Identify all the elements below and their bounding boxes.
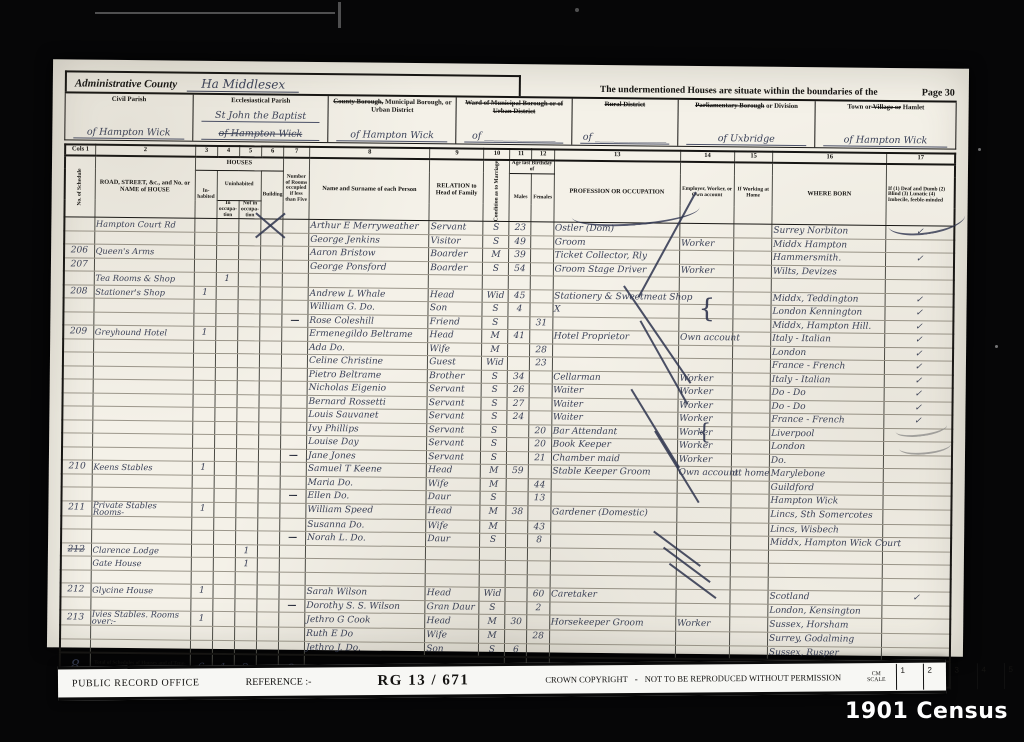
cell-bldg [260, 314, 282, 328]
cell-road [92, 434, 192, 449]
cell-bldg [259, 408, 281, 422]
cell-age_m [507, 451, 529, 465]
cell-emp [678, 345, 732, 359]
cell-rel: Wife [425, 629, 479, 643]
cell-home [731, 494, 769, 508]
cell-occ: Waiter [551, 398, 677, 413]
cell-road [91, 530, 191, 545]
cell-occ: Horsekeeper Groom [549, 615, 675, 631]
cell-u_occ [212, 640, 234, 654]
cell-u_not [235, 599, 257, 613]
separator: - [635, 674, 638, 684]
cell-occ [551, 479, 677, 494]
cell-inhab [192, 448, 214, 462]
cell-home [732, 359, 770, 373]
cell-inhab [193, 354, 215, 368]
cell-inhab [191, 517, 213, 531]
cell-bldg [258, 462, 280, 476]
cell-cond: S [482, 370, 508, 384]
cell-road: Stationer's Shop [94, 285, 194, 300]
cell-bldg [257, 572, 279, 586]
cell-age_m: 38 [506, 505, 528, 520]
cell-emp [677, 480, 731, 494]
cell-born: Scotland [768, 591, 882, 606]
cell-age_f [529, 411, 551, 425]
cell-occ: Waiter [552, 384, 678, 399]
ruler-cell: 5 [1003, 663, 1024, 689]
district-value: of Hampton Wick [73, 127, 184, 139]
cell-infirm: ✓ [885, 293, 953, 307]
cell-inhab [190, 627, 212, 641]
cell-u_occ [216, 313, 238, 327]
cell-road [92, 407, 192, 422]
cell-u_not [238, 246, 260, 260]
cell-rooms [281, 436, 307, 450]
cell-sched: 210 [62, 460, 92, 474]
cell-sched [63, 366, 93, 380]
cell-bldg [257, 585, 279, 599]
cell-bldg [259, 381, 281, 395]
cell-sched [62, 433, 92, 447]
cell-rel [426, 547, 480, 561]
cell-u_not [237, 422, 259, 436]
district-label: Civil Parish [68, 95, 191, 104]
cell-rel: Son [428, 302, 482, 316]
crown-copyright: CROWN COPYRIGHT [545, 674, 627, 685]
scan-noise [338, 2, 341, 28]
cell-inhab: 1 [191, 585, 213, 599]
cell-name: Ivy Phillips [307, 422, 427, 437]
cell-rel: Head [425, 614, 479, 630]
cell-rooms [283, 220, 309, 234]
cell-u_not [239, 233, 261, 247]
cell-rooms [282, 301, 308, 315]
cell-road [92, 420, 192, 435]
cell-rel: Gran Daur [425, 601, 479, 615]
cell-age_f [528, 548, 550, 562]
cell-u_occ [214, 448, 236, 462]
cell-inhab [191, 531, 213, 545]
cell-cond [483, 276, 509, 290]
cell-rooms [281, 382, 307, 396]
district-cell: Rural Districtof _______________ [572, 99, 678, 146]
cell-born: Middx, Teddington [771, 292, 885, 307]
col-head-infirmity: If (1) Deaf and Dumb (2) Blind (3) Lunat… [886, 164, 955, 227]
cell-rel [426, 560, 480, 574]
cell-age_m: 59 [507, 465, 529, 479]
cell-bldg [260, 327, 282, 341]
cell-occ [552, 357, 678, 372]
cell-rooms [282, 247, 308, 261]
cell-age_f [528, 561, 550, 575]
cell-emp [677, 494, 731, 508]
cell-u_occ [217, 219, 239, 233]
cell-rooms [281, 355, 307, 369]
cell-infirm: ✓ [882, 592, 950, 606]
cell-rooms [279, 559, 305, 573]
cell-infirm [882, 634, 950, 648]
cell-home [733, 265, 771, 279]
cell-rooms [281, 341, 307, 355]
cell-u_occ [213, 571, 235, 585]
cell-infirm: ✓ [885, 347, 953, 361]
cell-born: Lincs, Wisbech [769, 523, 883, 538]
cell-emp [676, 576, 730, 590]
cell-born: Middx Hampton [772, 238, 886, 253]
cell-sched: 213 [60, 610, 90, 625]
cell-bldg [260, 273, 282, 287]
cell-emp [676, 536, 730, 550]
cell-u_occ [215, 340, 237, 354]
scan-noise [95, 12, 335, 14]
cell-age_f [530, 371, 552, 385]
cell-u_not [234, 627, 256, 641]
cell-infirm [886, 266, 954, 280]
col-head-inhabited: In-habited [195, 170, 218, 219]
district-value: of Hampton Wick [337, 130, 448, 142]
cell-road: Clarence Lodge [91, 543, 191, 558]
col-head-born: WHERE BORN [772, 163, 887, 226]
cell-age_f [530, 384, 552, 398]
cell-born: Do - Do [770, 387, 884, 402]
cell-name: Jane Jones [306, 449, 426, 464]
cell-age_f [531, 263, 553, 277]
cell-age_f: 28 [530, 344, 552, 358]
cell-infirm [883, 482, 951, 496]
cell-emp: Worker [678, 399, 732, 413]
cell-cond [480, 547, 506, 561]
cell-occ [549, 644, 675, 659]
cell-u_occ [213, 585, 235, 599]
cell-infirm [884, 455, 952, 469]
col-head-road: ROAD, STREET, &c., and No. or NAME of HO… [95, 156, 196, 219]
col-number: 5 [239, 146, 261, 157]
cell-age_f [531, 276, 553, 290]
district-value: St John the Baptist [201, 111, 320, 123]
cell-road [94, 299, 194, 314]
cell-infirm: ✓ [885, 307, 953, 321]
cell-name: George Jenkins [309, 233, 429, 248]
cell-bldg [261, 233, 283, 247]
cell-age_m [508, 357, 530, 371]
cell-age_f [527, 644, 549, 658]
cell-u_not [236, 435, 258, 449]
cell-rooms [281, 422, 307, 436]
census-scan-screenshot: { "scan": { "watermark": "1901 Census" }… [0, 0, 1024, 742]
cell-cond: S [483, 222, 509, 236]
col-head-building: Building [261, 171, 284, 220]
col-number: 12 [532, 149, 554, 160]
cell-age_m: 4 [508, 303, 530, 317]
col-head-age: Age last Birthday of [510, 160, 554, 174]
cell-rooms [279, 586, 305, 600]
cell-infirm [883, 551, 951, 565]
col-number: 14 [680, 151, 734, 163]
cell-born [768, 564, 882, 579]
cell-name: Rose Coleshill [308, 314, 428, 329]
cell-born: Surrey, Godalming [767, 633, 881, 648]
cell-born [771, 279, 885, 294]
cell-sched [64, 231, 94, 245]
cell-born: Sussex, Horsham [768, 618, 882, 634]
col-number: 17 [887, 153, 955, 165]
cell-infirm [883, 509, 951, 525]
cell-rel [425, 574, 479, 588]
cell-emp: Worker [678, 372, 732, 386]
cell-home [729, 646, 767, 660]
col-number: 4 [217, 146, 239, 157]
cell-name: Dorothy S. S. Wilson [305, 599, 425, 614]
cell-occ [549, 602, 675, 617]
admin-county-box: Administrative County Ha Middlesex [65, 70, 521, 96]
cell-occ: Hotel Proprietor [552, 330, 678, 345]
cell-road: Ivies Stables. Rooms over:- [90, 611, 190, 627]
cell-road [93, 312, 193, 327]
district-label: Rural District [574, 101, 675, 110]
cell-cond: M [480, 478, 506, 492]
cell-road [92, 447, 192, 462]
cell-rooms [280, 503, 306, 518]
cell-age_f [531, 236, 553, 250]
cell-sched [60, 625, 90, 639]
cell-infirm: ✓ [885, 320, 953, 334]
cell-u_occ [213, 598, 235, 612]
cell-bldg [258, 435, 280, 449]
col-number: 10 [484, 149, 510, 160]
cell-born [768, 550, 882, 565]
cell-bldg [259, 354, 281, 368]
cell-sched: 208 [64, 285, 94, 299]
cell-rel: Wife [426, 520, 480, 534]
district-cell: Parliamentary Borough or Divisionof Uxbr… [678, 100, 816, 147]
cell-rel: Guest [428, 356, 482, 370]
cell-infirm: ✓ [885, 361, 953, 375]
cell-inhab [191, 544, 213, 558]
cell-sched: 212 [60, 583, 90, 597]
cell-occ: Waiter [551, 411, 677, 426]
cell-cond: M [482, 343, 508, 357]
cell-rooms [279, 545, 305, 559]
scan-noise [978, 148, 981, 151]
cell-emp [676, 549, 730, 563]
cell-occ: Ostler (Dom) [553, 222, 679, 237]
cell-bldg [259, 368, 281, 382]
scan-noise [575, 8, 579, 12]
district-label: County Borough, Municipal Borough, or Ur… [331, 98, 454, 114]
cell-infirm: ✓ [884, 401, 952, 415]
cell-name [305, 572, 425, 587]
district-cell: Civil Parishof Hampton Wick [65, 93, 193, 140]
cell-u_not [235, 585, 257, 599]
cell-rooms [281, 368, 307, 382]
cell-rooms: — [282, 314, 308, 328]
cell-bldg [260, 246, 282, 260]
cell-sched [62, 393, 92, 407]
cell-inhab [193, 367, 215, 381]
cell-sched [60, 597, 90, 611]
reference-label: REFERENCE :- [246, 676, 312, 688]
cell-age_m: 23 [509, 222, 531, 236]
cell-bldg [256, 627, 278, 641]
col-head-females: Females [531, 173, 554, 222]
cell-age_m: 54 [509, 262, 531, 276]
cell-sched [61, 487, 91, 501]
cell-home [731, 508, 769, 523]
cell-age_m: 34 [508, 370, 530, 384]
cell-rel: Friend [428, 316, 482, 330]
cell-bldg [259, 422, 281, 436]
cell-age_m [506, 534, 528, 548]
cell-age_f: 20 [529, 425, 551, 439]
col-head-uninhabited: Uninhabited [217, 170, 261, 201]
cell-u_not: 1 [235, 545, 257, 559]
cell-name: Maria Do. [306, 476, 426, 491]
district-label: Town or Village or Hamlet [818, 103, 954, 112]
cell-road [94, 258, 194, 273]
cell-born: London, Kensington [768, 604, 882, 619]
cell-inhab [191, 598, 213, 612]
cell-age_m [507, 478, 529, 492]
cell-bldg [258, 489, 280, 503]
cell-rel: Brother [428, 370, 482, 384]
district-label: Parliamentary Borough or Division [680, 102, 813, 111]
cell-u_occ [212, 612, 234, 627]
cell-u_not [237, 381, 259, 395]
cell-inhab: 1 [192, 502, 214, 517]
cell-occ: Gardener (Domestic) [550, 506, 676, 522]
cell-name: Norah L. Do. [306, 532, 426, 547]
cell-name: Samuel T Keene [306, 463, 426, 478]
cell-sched [61, 556, 91, 570]
cell-rel: Servant [427, 424, 481, 438]
cell-name: Jethro J. Do. [304, 641, 424, 656]
district-header: Civil Parishof Hampton WickEcclesiastica… [64, 93, 956, 149]
cell-cond: S [481, 424, 507, 438]
cell-emp [677, 507, 731, 523]
cell-born: Marylebone [769, 468, 883, 483]
cell-sched [64, 271, 94, 285]
cell-born: Do. [769, 454, 883, 469]
cell-rooms: — [280, 449, 306, 463]
cell-road [90, 626, 190, 641]
cell-cond: S [480, 534, 506, 548]
district-cell: Ecclesiastical ParishSt John the Baptist… [193, 95, 329, 142]
cell-road [93, 353, 193, 368]
cell-occ: Ticket Collector, Rly [553, 249, 679, 264]
cell-rooms [280, 463, 306, 477]
col-number: 6 [262, 146, 284, 157]
cell-inhab [193, 408, 215, 422]
cell-sched [63, 312, 93, 326]
cell-u_occ [212, 627, 234, 641]
cell-age_m: 26 [508, 384, 530, 398]
cell-cond [480, 561, 506, 575]
cell-age_m [505, 630, 527, 644]
col-head-males: Males [509, 173, 532, 222]
cell-sched [62, 406, 92, 420]
cell-inhab [193, 381, 215, 395]
cell-infirm [885, 280, 953, 294]
cell-emp [676, 563, 730, 577]
cell-age_f: 31 [530, 317, 552, 331]
cell-inhab [192, 475, 214, 489]
cell-u_not [236, 503, 258, 518]
cell-cond: S [479, 643, 505, 657]
table-header: Cols 1234567891011121314151617 No. of Sc… [64, 144, 955, 226]
cell-age_f: 44 [529, 479, 551, 493]
cell-road: Glycine House [91, 584, 191, 599]
cell-sched [61, 529, 91, 543]
cell-born: Hampton Wick [769, 495, 883, 510]
cell-home [731, 523, 769, 537]
cell-occ [552, 344, 678, 359]
cell-infirm: ✓ [884, 415, 952, 429]
cell-u_occ [214, 502, 236, 517]
cell-sched [61, 516, 91, 530]
cell-rooms [280, 518, 306, 532]
cell-home [733, 319, 771, 333]
cell-bldg [257, 612, 279, 627]
cell-rel: Head [428, 289, 482, 303]
cell-rooms [279, 572, 305, 586]
cell-cond: M [482, 330, 508, 344]
cell-inhab: 1 [193, 327, 215, 341]
cell-age_m: 41 [508, 330, 530, 344]
cell-name: Sarah Wilson [305, 586, 425, 601]
cell-rooms [282, 274, 308, 288]
cell-infirm: ✓ [884, 388, 952, 402]
cell-inhab [193, 394, 215, 408]
cell-inhab [194, 273, 216, 287]
cell-u_occ [216, 300, 238, 314]
cell-home [732, 427, 770, 441]
cell-inhab [194, 246, 216, 260]
cell-home [732, 413, 770, 427]
scan-noise [995, 345, 998, 348]
cell-rooms [279, 613, 305, 628]
cell-age_m: 24 [507, 411, 529, 425]
district-cell: Town or Village or Hamletof Hampton Wick [816, 101, 956, 148]
cell-emp: Worker [678, 386, 732, 400]
cell-age_f: 23 [530, 357, 552, 371]
cell-u_occ [214, 517, 236, 531]
cell-born: Middx, Hampton Hill. [771, 319, 885, 334]
cell-age_f [531, 290, 553, 304]
cell-rooms: — [279, 599, 305, 613]
cell-born: Wilts, Devizes [771, 265, 885, 280]
cell-name: William Speed [306, 503, 426, 519]
cell-age_m: 6 [505, 643, 527, 657]
ruler-cell: 3 [949, 663, 976, 689]
cell-emp [679, 278, 733, 292]
cell-born: France - French [770, 414, 884, 429]
cell-rooms [282, 287, 308, 301]
cm-ruler: 123456 [895, 662, 1024, 690]
cell-rel: Visitor [429, 235, 483, 249]
cell-emp [680, 224, 734, 238]
cell-age_m [506, 547, 528, 561]
district-value: of Hampton Wick [201, 129, 320, 141]
cell-sched [62, 447, 92, 461]
cell-name: Ada Do. [308, 341, 428, 356]
cell-born: Guildford [769, 481, 883, 496]
page-number: Page 30 [922, 87, 955, 98]
cell-rel: Servant [427, 451, 481, 465]
cell-name [305, 559, 425, 574]
cell-emp [676, 590, 730, 604]
cell-cond: Wid [479, 588, 505, 602]
cell-sched: 209 [63, 325, 93, 339]
